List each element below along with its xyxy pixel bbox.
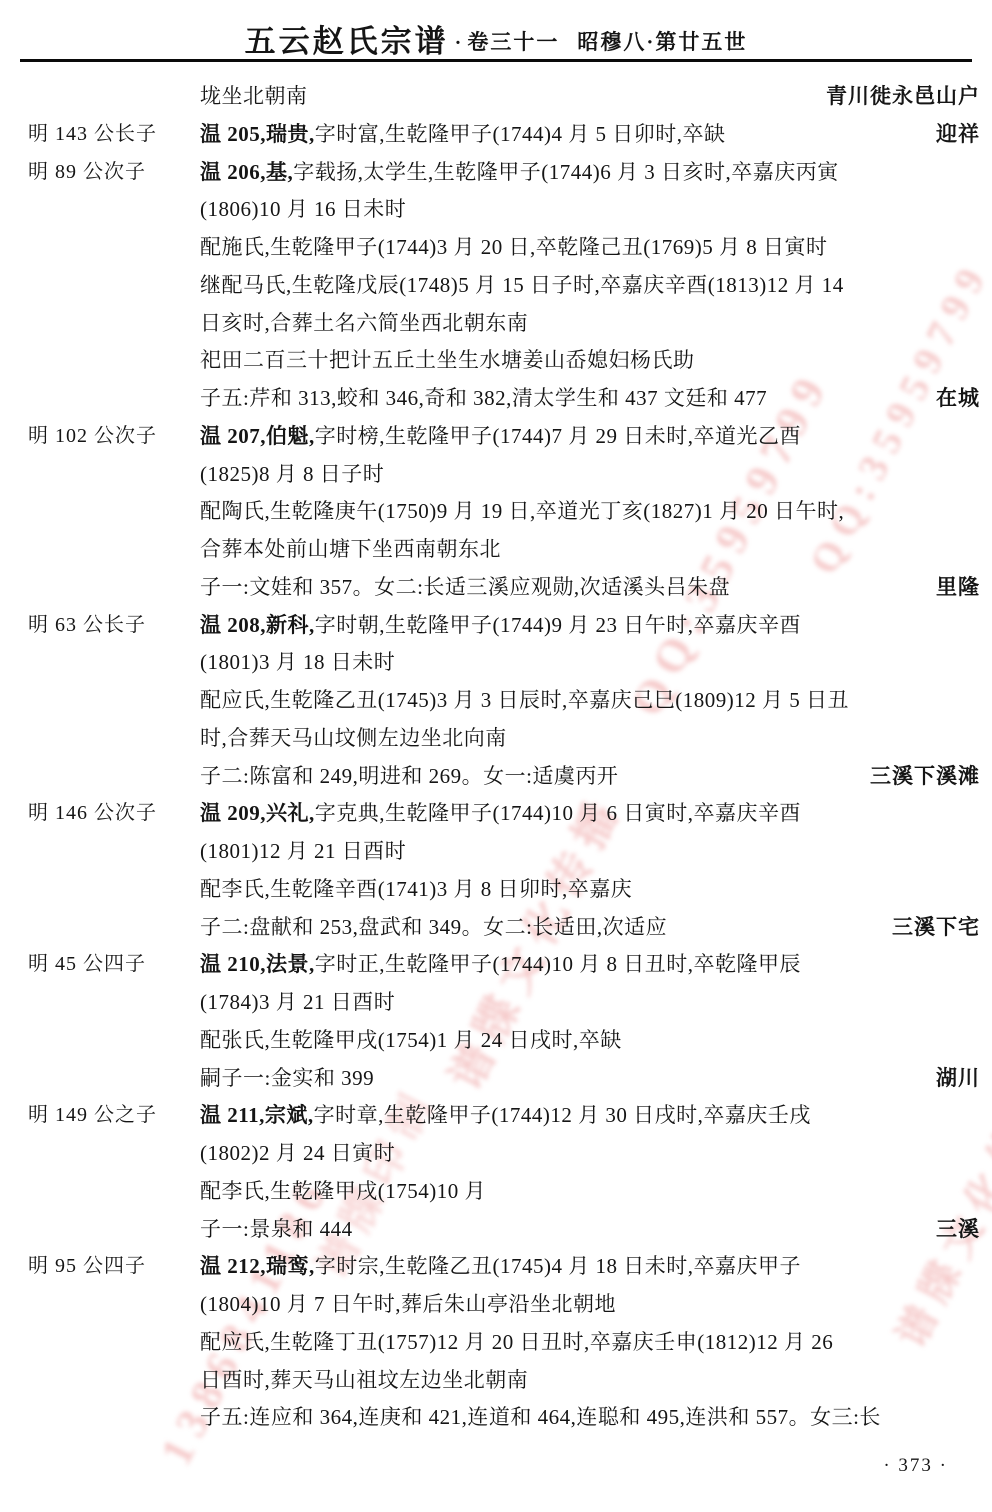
genealogy-row: 配应氏,生乾隆乙丑(1745)3 月 3 日辰时,卒嘉庆己巳(1809)12 月… <box>0 682 992 720</box>
person-entry: (1784)3 月 21 日酉时 <box>200 984 395 1022</box>
entry-text: 子一:文娃和 357。女二:长适三溪应观勋,次适溪头吕朱盘 <box>200 575 730 599</box>
place-tag: 青川徙永邑山户 <box>826 78 980 116</box>
entry-text: 垅坐北朝南 <box>200 84 308 108</box>
entry-text: 嗣子一:金实和 399 <box>200 1066 374 1090</box>
genealogy-row: 时,合葬天马山坟侧左边坐北向南 <box>0 720 992 758</box>
genealogy-row: (1801)3 月 18 日未时 <box>0 644 992 682</box>
genealogy-row: 配李氏,生乾隆甲戌(1754)10 月 <box>0 1173 992 1211</box>
genealogy-row: 配李氏,生乾隆辛酉(1741)3 月 8 日卯时,卒嘉庆 <box>0 871 992 909</box>
person-name: 温 210,法景, <box>200 952 315 976</box>
genealogy-row: 祀田二百三十把计五丘土坐生水塘姜山岙媳妇杨氏助 <box>0 342 992 380</box>
person-entry: 子二:陈富和 249,明进和 269。女一:适虞丙开 <box>200 758 618 796</box>
genealogy-row: 继配马氏,生乾隆戊辰(1748)5 月 15 日子时,卒嘉庆辛酉(1813)12… <box>0 267 992 305</box>
entry-text: 子五:芹和 313,蛟和 346,奇和 382,清太学生和 437 文廷和 47… <box>200 386 767 410</box>
person-entry: 合葬本处前山塘下坐西南朝东北 <box>200 531 501 569</box>
margin-label: 明 45 公四子 <box>28 946 146 984</box>
entry-text: 配应氏,生乾隆乙丑(1745)3 月 3 日辰时,卒嘉庆己巳(1809)12 月… <box>200 688 849 712</box>
person-entry: 配张氏,生乾隆甲戌(1754)1 月 24 日戌时,卒缺 <box>200 1022 622 1060</box>
entry-text: 字时章,生乾隆甲子(1744)12 月 30 日戌时,卒嘉庆壬戌 <box>314 1103 811 1127</box>
person-entry: 祀田二百三十把计五丘土坐生水塘姜山岙媳妇杨氏助 <box>200 342 695 380</box>
person-entry: (1804)10 月 7 日午时,葬后朱山亭沿坐北朝地 <box>200 1286 616 1324</box>
margin-label: 明 146 公次子 <box>28 795 157 833</box>
entry-text: 祀田二百三十把计五丘土坐生水塘姜山岙媳妇杨氏助 <box>200 348 695 372</box>
genealogy-row: 子二:盘献和 253,盘武和 349。女二:长适田,次适应 三溪下宅 <box>0 909 992 947</box>
margin-label: 明 143 公长子 <box>28 116 157 154</box>
entry-text: 配陶氏,生乾隆庚午(1750)9 月 19 日,卒道光丁亥(1827)1 月 2… <box>200 499 844 523</box>
margin-label: 明 63 公长子 <box>28 607 146 645</box>
person-entry: 配应氏,生乾隆丁丑(1757)12 月 20 日丑时,卒嘉庆壬申(1812)12… <box>200 1324 833 1362</box>
entry-text: 字时富,生乾隆甲子(1744)4 月 5 日卯时,卒缺 <box>315 122 726 146</box>
genealogy-row: 明 149 公之子 温 211,宗斌,字时章,生乾隆甲子(1744)12 月 3… <box>0 1097 992 1135</box>
genealogy-row: 配张氏,生乾隆甲戌(1754)1 月 24 日戌时,卒缺 <box>0 1022 992 1060</box>
document-title: 五云赵氏宗谱 <box>245 24 449 59</box>
header-rule <box>20 59 972 62</box>
person-entry: 日酉时,葬天马山祖坟左边坐北朝南 <box>200 1362 528 1400</box>
person-entry: (1806)10 月 16 日未时 <box>200 191 406 229</box>
entry-text: 字时正,生乾隆甲子(1744)10 月 8 日丑时,卒乾隆甲辰 <box>315 952 801 976</box>
entry-text: (1804)10 月 7 日午时,葬后朱山亭沿坐北朝地 <box>200 1292 616 1316</box>
person-entry: 配李氏,生乾隆辛酉(1741)3 月 8 日卯时,卒嘉庆 <box>200 871 632 909</box>
person-entry: 继配马氏,生乾隆戊辰(1748)5 月 15 日子时,卒嘉庆辛酉(1813)12… <box>200 267 844 305</box>
genealogy-rows: 垅坐北朝南 青川徙永邑山户 明 143 公长子 温 205,瑞贵,字时富,生乾隆… <box>0 78 992 1437</box>
genealogy-row: (1802)2 月 24 日寅时 <box>0 1135 992 1173</box>
person-entry: 温 205,瑞贵,字时富,生乾隆甲子(1744)4 月 5 日卯时,卒缺 <box>200 116 726 154</box>
person-name: 温 205,瑞贵, <box>200 122 315 146</box>
genealogy-row: 日亥时,合葬土名六简坐西北朝东南 <box>0 305 992 343</box>
genealogy-row: 明 89 公次子 温 206,基,字载扬,太学生,生乾隆甲子(1744)6 月 … <box>0 154 992 192</box>
person-name: 温 209,兴礼, <box>200 801 315 825</box>
place-tag: 三溪 <box>936 1211 980 1249</box>
margin-label: 明 95 公四子 <box>28 1248 146 1286</box>
person-entry: 温 209,兴礼,字克典,生乾隆甲子(1744)10 月 6 日寅时,卒嘉庆辛酉 <box>200 795 801 833</box>
person-entry: 温 211,宗斌,字时章,生乾隆甲子(1744)12 月 30 日戌时,卒嘉庆壬… <box>200 1097 811 1135</box>
person-entry: 垅坐北朝南 <box>200 78 308 116</box>
person-name: 温 206,基, <box>200 160 293 184</box>
margin-label: 明 102 公次子 <box>28 418 157 456</box>
entry-text: 配施氏,生乾隆甲子(1744)3 月 20 日,卒乾隆己丑(1769)5 月 8… <box>200 235 827 259</box>
place-tag: 湖川 <box>936 1060 980 1098</box>
genealogy-row: 明 63 公长子 温 208,新科,字时朝,生乾隆甲子(1744)9 月 23 … <box>0 607 992 645</box>
entry-text: 配李氏,生乾隆辛酉(1741)3 月 8 日卯时,卒嘉庆 <box>200 877 632 901</box>
title-separator: · <box>455 32 462 54</box>
entry-text: (1802)2 月 24 日寅时 <box>200 1141 395 1165</box>
entry-text: 配张氏,生乾隆甲戌(1754)1 月 24 日戌时,卒缺 <box>200 1028 622 1052</box>
person-entry: 温 208,新科,字时朝,生乾隆甲子(1744)9 月 23 日午时,卒嘉庆辛酉 <box>200 607 801 645</box>
person-entry: 温 206,基,字载扬,太学生,生乾隆甲子(1744)6 月 3 日亥时,卒嘉庆… <box>200 154 839 192</box>
entry-text: 继配马氏,生乾隆戊辰(1748)5 月 15 日子时,卒嘉庆辛酉(1813)12… <box>200 273 844 297</box>
genealogy-row: 明 143 公长子 温 205,瑞贵,字时富,生乾隆甲子(1744)4 月 5 … <box>0 116 992 154</box>
entry-text: 时,合葬天马山坟侧左边坐北向南 <box>200 726 507 750</box>
entry-text: 字克典,生乾隆甲子(1744)10 月 6 日寅时,卒嘉庆辛酉 <box>315 801 801 825</box>
genealogy-row: 子一:景泉和 444 三溪 <box>0 1211 992 1249</box>
person-name: 温 212,瑞鸾, <box>200 1254 315 1278</box>
person-entry: 日亥时,合葬土名六简坐西北朝东南 <box>200 305 528 343</box>
genealogy-row: (1784)3 月 21 日酉时 <box>0 984 992 1022</box>
genealogy-row: 子五:芹和 313,蛟和 346,奇和 382,清太学生和 437 文廷和 47… <box>0 380 992 418</box>
place-tag: 在城 <box>936 380 980 418</box>
genealogy-row: 明 95 公四子 温 212,瑞鸾,字时宗,生乾隆乙丑(1745)4 月 18 … <box>0 1248 992 1286</box>
place-tag: 三溪下溪滩 <box>870 758 980 796</box>
page-number: · 373 · <box>883 1455 948 1477</box>
person-entry: 子一:景泉和 444 <box>200 1211 353 1249</box>
place-tag: 三溪下宅 <box>892 909 980 947</box>
entry-text: 合葬本处前山塘下坐西南朝东北 <box>200 537 501 561</box>
volume-label: 卷三十一 <box>467 30 559 54</box>
genealogy-row: 日酉时,葬天马山祖坟左边坐北朝南 <box>0 1362 992 1400</box>
genealogy-row: (1804)10 月 7 日午时,葬后朱山亭沿坐北朝地 <box>0 1286 992 1324</box>
person-entry: 配李氏,生乾隆甲戌(1754)10 月 <box>200 1173 486 1211</box>
entry-text: 日亥时,合葬土名六简坐西北朝东南 <box>200 311 528 335</box>
person-entry: 温 212,瑞鸾,字时宗,生乾隆乙丑(1745)4 月 18 日未时,卒嘉庆甲子 <box>200 1248 801 1286</box>
entry-text: 字时榜,生乾隆甲子(1744)7 月 29 日未时,卒道光乙酉 <box>315 424 801 448</box>
person-name: 温 207,伯魁, <box>200 424 315 448</box>
place-tag: 迎祥 <box>936 116 980 154</box>
entry-text: (1784)3 月 21 日酉时 <box>200 990 395 1014</box>
person-entry: 配应氏,生乾隆乙丑(1745)3 月 3 日辰时,卒嘉庆己巳(1809)12 月… <box>200 682 849 720</box>
entry-text: 字载扬,太学生,生乾隆甲子(1744)6 月 3 日亥时,卒嘉庆丙寅 <box>293 160 839 184</box>
person-entry: 时,合葬天马山坟侧左边坐北向南 <box>200 720 507 758</box>
genealogy-row: 配应氏,生乾隆丁丑(1757)12 月 20 日丑时,卒嘉庆壬申(1812)12… <box>0 1324 992 1362</box>
genealogy-row: 配陶氏,生乾隆庚午(1750)9 月 19 日,卒道光丁亥(1827)1 月 2… <box>0 493 992 531</box>
margin-label: 明 149 公之子 <box>28 1097 157 1135</box>
margin-label: 明 89 公次子 <box>28 154 146 192</box>
entry-text: 字时宗,生乾隆乙丑(1745)4 月 18 日未时,卒嘉庆甲子 <box>315 1254 801 1278</box>
entry-text: 字时朝,生乾隆甲子(1744)9 月 23 日午时,卒嘉庆辛酉 <box>315 613 801 637</box>
person-entry: (1801)12 月 21 日酉时 <box>200 833 406 871</box>
genealogy-row: 明 102 公次子 温 207,伯魁,字时榜,生乾隆甲子(1744)7 月 29… <box>0 418 992 456</box>
person-entry: 嗣子一:金实和 399 <box>200 1060 374 1098</box>
section-label: 昭穆八·第廿五世 <box>577 30 747 54</box>
entry-text: (1806)10 月 16 日未时 <box>200 197 406 221</box>
person-entry: (1825)8 月 8 日子时 <box>200 456 384 494</box>
genealogy-row: 明 146 公次子 温 209,兴礼,字克典,生乾隆甲子(1744)10 月 6… <box>0 795 992 833</box>
genealogy-row: 合葬本处前山塘下坐西南朝东北 <box>0 531 992 569</box>
person-entry: 子五:芹和 313,蛟和 346,奇和 382,清太学生和 437 文廷和 47… <box>200 380 767 418</box>
entry-text: 子一:景泉和 444 <box>200 1217 353 1241</box>
genealogy-row: 嗣子一:金实和 399 湖川 <box>0 1060 992 1098</box>
genealogy-row: (1801)12 月 21 日酉时 <box>0 833 992 871</box>
entry-text: 配李氏,生乾隆甲戌(1754)10 月 <box>200 1179 486 1203</box>
genealogy-row: 子二:陈富和 249,明进和 269。女一:适虞丙开 三溪下溪滩 <box>0 758 992 796</box>
person-entry: 配陶氏,生乾隆庚午(1750)9 月 19 日,卒道光丁亥(1827)1 月 2… <box>200 493 844 531</box>
entry-text: (1825)8 月 8 日子时 <box>200 462 384 486</box>
genealogy-row: 子五:连应和 364,连庚和 421,连道和 464,连聪和 495,连洪和 5… <box>0 1399 992 1437</box>
genealogy-row: 明 45 公四子 温 210,法景,字时正,生乾隆甲子(1744)10 月 8 … <box>0 946 992 984</box>
entry-text: 子五:连应和 364,连庚和 421,连道和 464,连聪和 495,连洪和 5… <box>200 1405 881 1429</box>
place-tag: 里隆 <box>936 569 980 607</box>
genealogy-row: (1806)10 月 16 日未时 <box>0 191 992 229</box>
entry-text: 配应氏,生乾隆丁丑(1757)12 月 20 日丑时,卒嘉庆壬申(1812)12… <box>200 1330 833 1354</box>
person-entry: 温 207,伯魁,字时榜,生乾隆甲子(1744)7 月 29 日未时,卒道光乙酉 <box>200 418 801 456</box>
person-entry: (1801)3 月 18 日未时 <box>200 644 395 682</box>
entry-text: (1801)12 月 21 日酉时 <box>200 839 406 863</box>
genealogy-row: 子一:文娃和 357。女二:长适三溪应观勋,次适溪头吕朱盘 里隆 <box>0 569 992 607</box>
page-header: 五云赵氏宗谱·卷三十一昭穆八·第廿五世 <box>0 16 992 61</box>
entry-text: (1801)3 月 18 日未时 <box>200 650 395 674</box>
person-name: 温 208,新科, <box>200 613 315 637</box>
person-name: 温 211,宗斌, <box>200 1103 314 1127</box>
person-entry: 子五:连应和 364,连庚和 421,连道和 464,连聪和 495,连洪和 5… <box>200 1399 881 1437</box>
entry-text: 子二:盘献和 253,盘武和 349。女二:长适田,次适应 <box>200 915 667 939</box>
person-entry: (1802)2 月 24 日寅时 <box>200 1135 395 1173</box>
person-entry: 子一:文娃和 357。女二:长适三溪应观勋,次适溪头吕朱盘 <box>200 569 730 607</box>
person-entry: 配施氏,生乾隆甲子(1744)3 月 20 日,卒乾隆己丑(1769)5 月 8… <box>200 229 827 267</box>
entry-text: 子二:陈富和 249,明进和 269。女一:适虞丙开 <box>200 764 618 788</box>
genealogy-row: (1825)8 月 8 日子时 <box>0 456 992 494</box>
person-entry: 子二:盘献和 253,盘武和 349。女二:长适田,次适应 <box>200 909 667 947</box>
entry-text: 日酉时,葬天马山祖坟左边坐北朝南 <box>200 1368 528 1392</box>
genealogy-row: 垅坐北朝南 青川徙永邑山户 <box>0 78 992 116</box>
person-entry: 温 210,法景,字时正,生乾隆甲子(1744)10 月 8 日丑时,卒乾隆甲辰 <box>200 946 801 984</box>
genealogy-row: 配施氏,生乾隆甲子(1744)3 月 20 日,卒乾隆己丑(1769)5 月 8… <box>0 229 992 267</box>
